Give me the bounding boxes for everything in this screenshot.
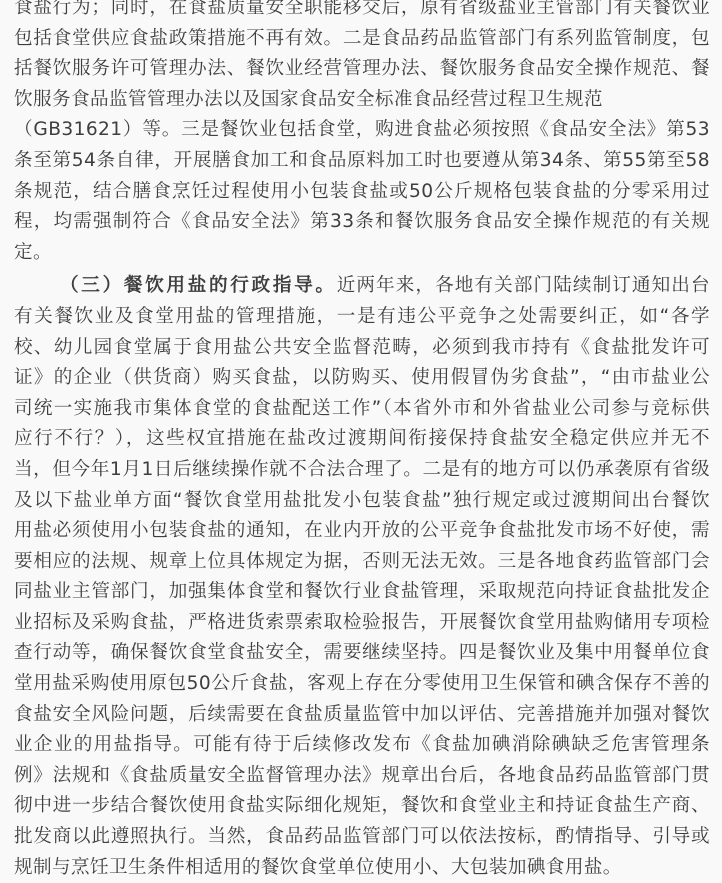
text-line: 应行不行？），这些权宜措施在盐改过渡期间衔接保持食盐安全稳定供应并无不: [14, 424, 710, 455]
text-line: 要相应的法规、规章上位具体规定为据，否则无法无效。三是各地食药监管部门会: [14, 547, 710, 578]
text-line: 食盐行为；同时，在食盐质量安全职能移交后，原有省级盐业主管部门有关餐饮业: [14, 0, 710, 24]
text-line: 食盐安全风险问题，后续需要在食盐质量监管中加以评估、完善措施并加强对餐饮: [14, 700, 710, 731]
text-line: 司统一实施我市集体食堂的食盐配送工作”（本省外市和外省盐业公司参与竞标供: [14, 394, 710, 425]
text-line: 包括食堂供应食盐政策措施不再有效。二是食品药品监管部门有系列监管制度，包: [14, 24, 710, 55]
text-line: 条规范，结合膳食烹饪过程使用小包装食盐或50公斤规格包装食盐的分零采用过: [14, 177, 710, 208]
text-run: 近两年来，各地有关部门陆续制订通知出台: [337, 275, 710, 296]
article-body: 食盐行为；同时，在食盐质量安全职能移交后，原有省级盐业主管部门有关餐饮业 包括食…: [14, 0, 710, 833]
text-line: 业招标及采购食盐，严格进货索票索取检验报告，开展餐饮食堂用盐购储用专项检: [14, 608, 710, 639]
text-line: 批发商以此遵照执行。当然，食品药品监管部门可以依法按标，酌情指导、引导或: [14, 822, 710, 833]
text-line: 当，但今年1月1日后继续操作就不合法合理了。二是有的地方可以仍承袭原有省级: [14, 455, 710, 486]
text-line: 证》的企业（供货商）购买食盐，以防购买、使用假冒伪劣食盐”，“由市盐业公: [14, 363, 710, 394]
text-line: 业企业的用盐指导。可能有待于后续修改发布《食盐加碘消除碘缺乏危害管理条: [14, 730, 710, 761]
section-heading: （三）餐饮用盐的行政指导。: [60, 275, 337, 296]
text-line: 彻中进一步结合餐饮使用食盐实际细化规矩，餐饮和食堂业主和持证食盐生产商、: [14, 791, 710, 822]
text-line: （三）餐饮用盐的行政指导。近两年来，各地有关部门陆续制订通知出台: [14, 271, 710, 302]
paragraph-2: （三）餐饮用盐的行政指导。近两年来，各地有关部门陆续制订通知出台 有关餐饮业及食…: [14, 271, 710, 833]
text-line: 有关餐饮业及食堂用盐的管理措施，一是有违公平竞争之处需要纠正，如“各学: [14, 302, 710, 333]
text-line: 程，均需强制符合《食品安全法》第33条和餐饮服务食品安全操作规范的有关规: [14, 207, 710, 238]
text-line: 堂用盐采购使用原包50公斤食盐，客观上存在分零使用卫生保管和碘含保存不善的: [14, 669, 710, 700]
text-line: 例》法规和《食盐质量安全监督管理办法》规章出台后，各地食品药品监管部门贯: [14, 761, 710, 792]
text-line: 用盐必须使用小包装食盐的通知，在业内开放的公平竞争食盐批发市场不好使，需: [14, 516, 710, 547]
text-line: 括餐饮服务许可管理办法、餐饮业经营管理办法、餐饮服务食品安全操作规范、餐: [14, 54, 710, 85]
text-line: 查行动等，确保餐饮食堂食盐安全，需要继续坚持。四是餐饮业及集中用餐单位食: [14, 638, 710, 669]
paragraph-1: 食盐行为；同时，在食盐质量安全职能移交后，原有省级盐业主管部门有关餐饮业 包括食…: [14, 0, 710, 268]
text-line: （GB31621）等。三是餐饮业包括食堂，购进食盐必须按照《食品安全法》第53: [14, 115, 710, 146]
text-line: 饮服务食品监管管理办法以及国家食品安全标准食品经营过程卫生规范: [14, 85, 710, 116]
text-line: 及以下盐业单方面“餐饮食堂用盐批发小包装食盐”独行规定或过渡期间出台餐饮: [14, 486, 710, 517]
text-line: 定。: [14, 238, 710, 269]
text-line: 校、幼儿园食堂属于食用盐公共安全监督范畴，必须到我市持有《食盐批发许可: [14, 333, 710, 364]
text-line: 同盐业主管部门，加强集体食堂和餐饮行业食盐管理，采取规范向持证食盐批发企: [14, 577, 710, 608]
text-line: 条至第54条自律，开展膳食加工和食品原料加工时也要遵从第34条、第55第至58: [14, 146, 710, 177]
